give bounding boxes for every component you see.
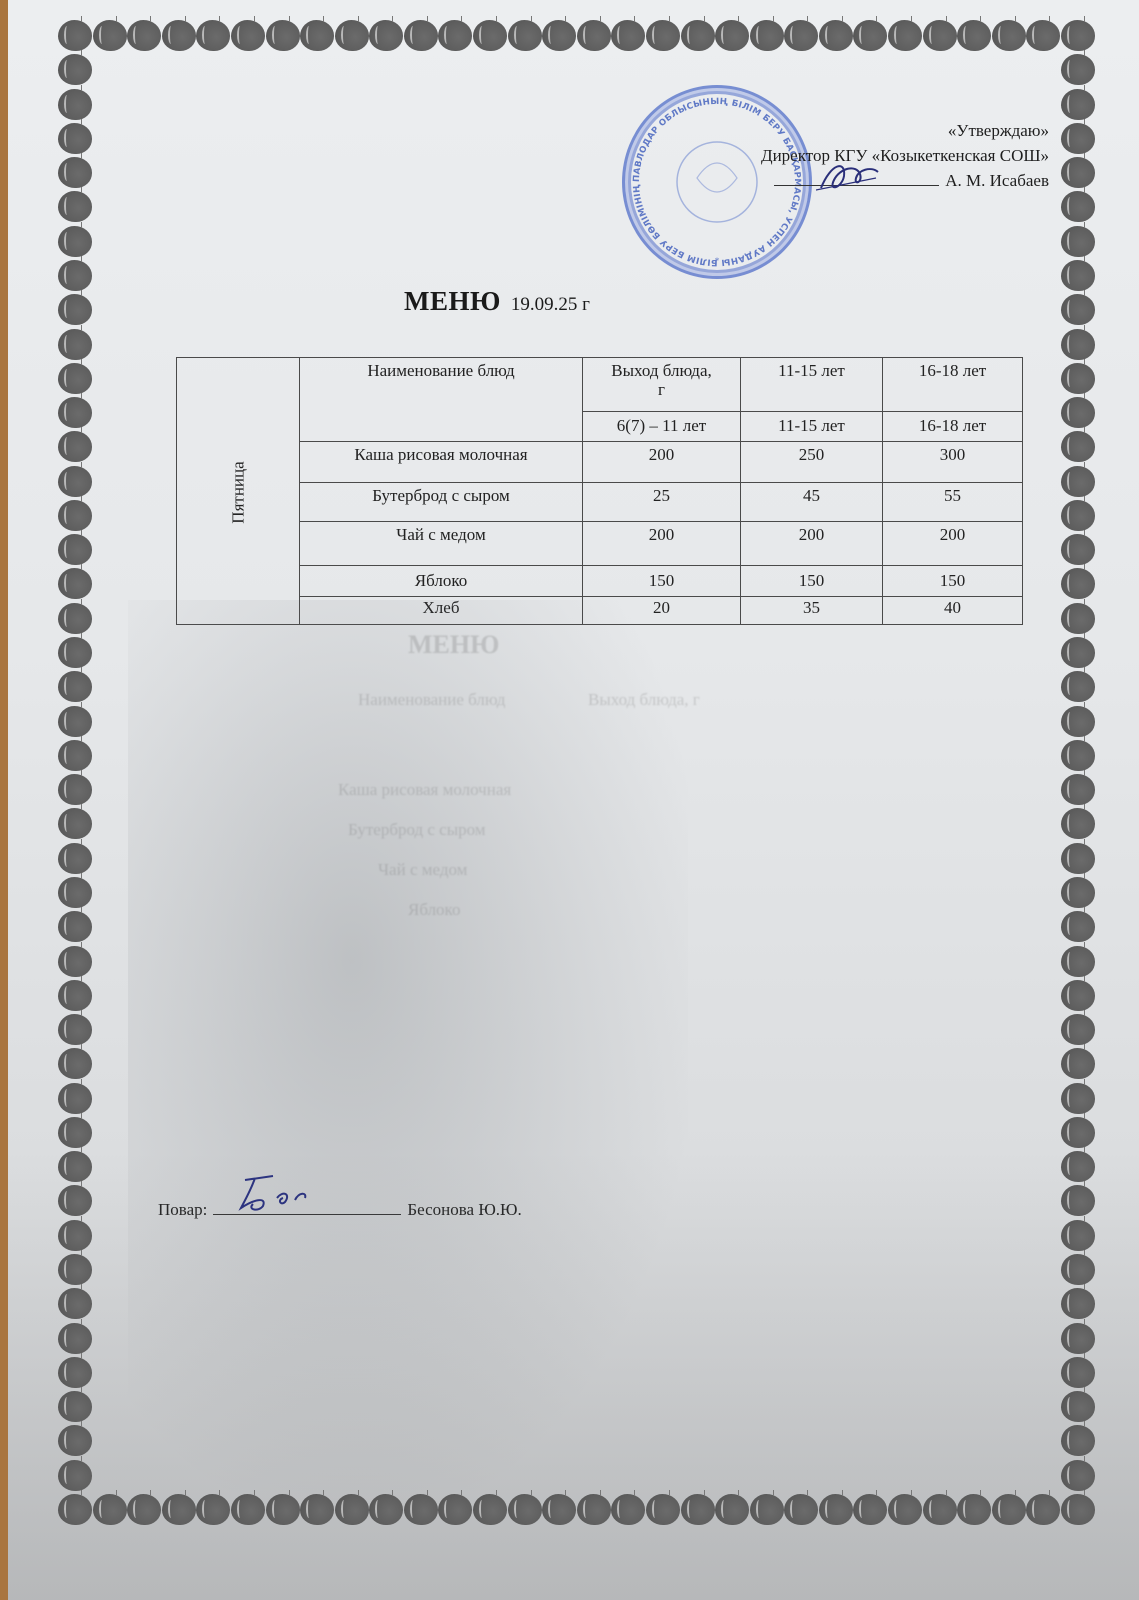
dish-name-cell: Каша рисовая молочная — [300, 442, 583, 483]
apple-icon — [58, 1220, 92, 1251]
subheader-11-15: 11-15 лет — [741, 412, 883, 442]
apple-icon — [58, 466, 92, 497]
apple-icon — [58, 1048, 92, 1079]
day-label: Пятница — [229, 461, 248, 523]
yield-6-11-cell: 20 — [583, 597, 741, 625]
apple-icon — [58, 329, 92, 360]
apple-icon — [1061, 363, 1095, 394]
apple-icon — [1061, 191, 1095, 222]
apple-icon — [1061, 946, 1095, 977]
yield-16-18-cell: 40 — [883, 597, 1023, 625]
apple-icon — [542, 20, 576, 51]
apple-icon — [923, 20, 957, 51]
apple-icon — [369, 1494, 403, 1525]
yield-16-18-cell: 300 — [883, 442, 1023, 483]
apple-icon — [1061, 431, 1095, 462]
apple-icon — [438, 20, 472, 51]
apple-icon — [715, 1494, 749, 1525]
yield-16-18-cell: 200 — [883, 522, 1023, 566]
cook-signature-line — [213, 1200, 401, 1215]
dish-name-cell: Чай с медом — [300, 522, 583, 566]
ghost-row: Чай с медом — [378, 860, 467, 880]
apple-icon — [58, 397, 92, 428]
apple-icon — [369, 20, 403, 51]
table-row: Каша рисовая молочная200250300 — [177, 442, 1023, 483]
header-dish-name: Наименование блюд — [300, 358, 583, 442]
apple-icon — [58, 740, 92, 771]
yield-11-15-cell: 35 — [741, 597, 883, 625]
apple-icon — [58, 946, 92, 977]
apple-icon — [58, 843, 92, 874]
apple-icon — [508, 1494, 542, 1525]
apple-icon — [1061, 123, 1095, 154]
apple-icon — [853, 20, 887, 51]
apple-icon — [1061, 329, 1095, 360]
ghost-title: МЕНЮ — [408, 630, 499, 660]
apple-icon — [58, 1460, 92, 1491]
apple-icon — [93, 1494, 127, 1525]
ghost-row: Бутерброд с сыром — [348, 820, 486, 840]
yield-11-15-cell: 150 — [741, 566, 883, 597]
apple-icon — [1061, 1014, 1095, 1045]
apple-icon — [473, 20, 507, 51]
ghost-row: Яблоко — [408, 900, 460, 920]
apple-icon — [1061, 1357, 1095, 1388]
apple-icon — [58, 980, 92, 1011]
apple-icon — [1061, 54, 1095, 85]
apple-icon — [1061, 911, 1095, 942]
apple-icon — [58, 1185, 92, 1216]
apple-icon — [819, 1494, 853, 1525]
apple-icon — [162, 20, 196, 51]
apple-icon — [404, 1494, 438, 1525]
apple-icon — [1061, 294, 1095, 325]
cook-name: Бесонова Ю.Ю. — [407, 1200, 521, 1219]
ghost-header: Выход блюда, г — [588, 690, 700, 710]
approval-block: «Утверждаю» Директор КГУ «Козыкеткенская… — [761, 118, 1049, 193]
apple-icon — [1061, 1083, 1095, 1114]
header-16-18: 16-18 лет — [883, 358, 1023, 412]
apple-icon — [1061, 637, 1095, 668]
apple-icon — [1026, 1494, 1060, 1525]
apple-icon — [266, 1494, 300, 1525]
apple-icon — [992, 1494, 1026, 1525]
apple-icon — [1061, 1185, 1095, 1216]
apple-icon — [784, 1494, 818, 1525]
cook-label: Повар: — [158, 1200, 207, 1219]
apple-icon — [1061, 500, 1095, 531]
apple-icon — [58, 637, 92, 668]
apple-icon — [335, 1494, 369, 1525]
cook-signature — [233, 1170, 323, 1214]
apple-icon — [58, 294, 92, 325]
apple-icon — [58, 1288, 92, 1319]
apple-icon — [58, 774, 92, 805]
yield-11-15-cell: 45 — [741, 483, 883, 522]
apple-icon — [266, 20, 300, 51]
apple-icon — [957, 20, 991, 51]
table-row: Чай с медом200200200 — [177, 522, 1023, 566]
director-name: А. М. Исабаев — [945, 171, 1049, 190]
subheader-6-11: 6(7) – 11 лет — [583, 412, 741, 442]
apple-icon — [58, 911, 92, 942]
apple-icon — [819, 20, 853, 51]
apple-icon — [1061, 740, 1095, 771]
apple-icon — [1061, 466, 1095, 497]
apple-icon — [888, 1494, 922, 1525]
apple-icon — [1061, 226, 1095, 257]
apple-icon — [1026, 20, 1060, 51]
apple-icon — [231, 20, 265, 51]
dish-name-cell: Яблоко — [300, 566, 583, 597]
apple-icon — [58, 54, 92, 85]
table-row: Бутерброд с сыром254555 — [177, 483, 1023, 522]
apple-icon — [577, 1494, 611, 1525]
header-11-15: 11-15 лет — [741, 358, 883, 412]
apple-icon — [196, 1494, 230, 1525]
apple-icon — [1061, 568, 1095, 599]
apple-icon — [611, 1494, 645, 1525]
apple-icon — [750, 1494, 784, 1525]
apple-icon — [58, 20, 92, 51]
header-row: Пятница Наименование блюд Выход блюда,г … — [177, 358, 1023, 412]
apple-icon — [58, 500, 92, 531]
apple-icon — [58, 1117, 92, 1148]
apple-icon — [58, 808, 92, 839]
yield-6-11-cell: 25 — [583, 483, 741, 522]
apple-icon — [231, 1494, 265, 1525]
apple-icon — [646, 20, 680, 51]
apple-icon — [1061, 706, 1095, 737]
apple-icon — [1061, 534, 1095, 565]
apple-icon — [58, 1425, 92, 1456]
apple-icon — [681, 1494, 715, 1525]
yield-16-18-cell: 150 — [883, 566, 1023, 597]
apple-icon — [750, 20, 784, 51]
apple-icon — [1061, 877, 1095, 908]
apple-icon — [1061, 1048, 1095, 1079]
apple-icon — [992, 20, 1026, 51]
apple-icon — [58, 191, 92, 222]
apple-icon — [58, 877, 92, 908]
ghost-header: Наименование блюд — [358, 690, 505, 710]
approval-heading: «Утверждаю» — [761, 118, 1049, 143]
apple-icon — [58, 157, 92, 188]
apple-icon — [1061, 671, 1095, 702]
header-yield: Выход блюда,г — [583, 358, 741, 412]
apple-icon — [1061, 843, 1095, 874]
yield-6-11-cell: 150 — [583, 566, 741, 597]
apple-icon — [93, 20, 127, 51]
apple-icon — [196, 20, 230, 51]
apple-icon — [1061, 1323, 1095, 1354]
yield-11-15-cell: 200 — [741, 522, 883, 566]
apple-icon — [923, 1494, 957, 1525]
day-cell: Пятница — [177, 358, 300, 625]
apple-icon — [300, 20, 334, 51]
apple-icon — [853, 1494, 887, 1525]
table-row: Яблоко150150150 — [177, 566, 1023, 597]
title-text: МЕНЮ — [404, 286, 501, 316]
apple-icon — [58, 1083, 92, 1114]
ghost-row: Каша рисовая молочная — [338, 780, 511, 800]
apple-icon — [127, 20, 161, 51]
apple-icon — [784, 20, 818, 51]
apple-icon — [681, 20, 715, 51]
apple-icon — [577, 20, 611, 51]
apple-icon — [1061, 1391, 1095, 1422]
apple-icon — [646, 1494, 680, 1525]
subheader-16-18: 16-18 лет — [883, 412, 1023, 442]
apple-icon — [1061, 774, 1095, 805]
apple-icon — [58, 603, 92, 634]
dish-name-cell: Бутерброд с сыром — [300, 483, 583, 522]
apple-icon — [58, 1151, 92, 1182]
apple-icon — [58, 706, 92, 737]
table-row: Хлеб203540 — [177, 597, 1023, 625]
apple-icon — [1061, 397, 1095, 428]
apple-icon — [1061, 1460, 1095, 1491]
apple-icon — [58, 1014, 92, 1045]
apple-icon — [438, 1494, 472, 1525]
apple-icon — [508, 20, 542, 51]
apple-icon — [1061, 20, 1095, 51]
apple-icon — [58, 1494, 92, 1525]
apple-icon — [58, 89, 92, 120]
director-signature — [816, 158, 886, 198]
apple-icon — [404, 20, 438, 51]
apple-icon — [58, 1323, 92, 1354]
bleed-through-ghost: МЕНЮ Наименование блюд Выход блюда, г Ка… — [338, 630, 1018, 950]
apple-icon — [1061, 980, 1095, 1011]
yield-16-18-cell: 55 — [883, 483, 1023, 522]
apple-icon — [58, 534, 92, 565]
apple-icon — [58, 1391, 92, 1422]
apple-icon — [127, 1494, 161, 1525]
apple-icon — [58, 363, 92, 394]
apple-icon — [58, 568, 92, 599]
menu-date: 19.09.25 г — [511, 294, 590, 315]
apple-icon — [1061, 260, 1095, 291]
apple-icon — [1061, 89, 1095, 120]
apple-icon — [58, 226, 92, 257]
apple-icon — [888, 20, 922, 51]
apple-icon — [162, 1494, 196, 1525]
menu-table: Пятница Наименование блюд Выход блюда,г … — [176, 357, 1023, 625]
apple-icon — [473, 1494, 507, 1525]
apple-icon — [1061, 1425, 1095, 1456]
apple-icon — [1061, 1288, 1095, 1319]
apple-icon — [1061, 603, 1095, 634]
cook-signature-block: Повар: Бесонова Ю.Ю. — [158, 1200, 522, 1220]
apple-icon — [1061, 1117, 1095, 1148]
apple-icon — [58, 1357, 92, 1388]
apple-icon — [1061, 808, 1095, 839]
approval-position: Директор КГУ «Козыкеткенская СОШ» — [761, 143, 1049, 168]
menu-title: МЕНЮ19.09.25 г — [404, 286, 590, 317]
apple-icon — [300, 1494, 334, 1525]
shadow-overlay — [128, 600, 688, 1500]
yield-11-15-cell: 250 — [741, 442, 883, 483]
apple-icon — [335, 20, 369, 51]
apple-icon — [58, 260, 92, 291]
apple-icon — [957, 1494, 991, 1525]
apple-icon — [715, 20, 749, 51]
apple-icon — [1061, 157, 1095, 188]
apple-icon — [542, 1494, 576, 1525]
yield-6-11-cell: 200 — [583, 522, 741, 566]
apple-icon — [1061, 1254, 1095, 1285]
dish-name-cell: Хлеб — [300, 597, 583, 625]
svg-text:*: * — [715, 256, 720, 266]
apple-icon — [1061, 1220, 1095, 1251]
document-page: ПАВЛОДАР ОБЛЫСЫНЫҢ БІЛІМ БЕРУ БАСҚАРМАСЫ… — [8, 0, 1139, 1600]
apple-icon — [1061, 1494, 1095, 1525]
apple-icon — [611, 20, 645, 51]
apple-icon — [58, 671, 92, 702]
apple-icon — [58, 1254, 92, 1285]
apple-icon — [58, 431, 92, 462]
apple-icon — [58, 123, 92, 154]
yield-6-11-cell: 200 — [583, 442, 741, 483]
apple-icon — [1061, 1151, 1095, 1182]
